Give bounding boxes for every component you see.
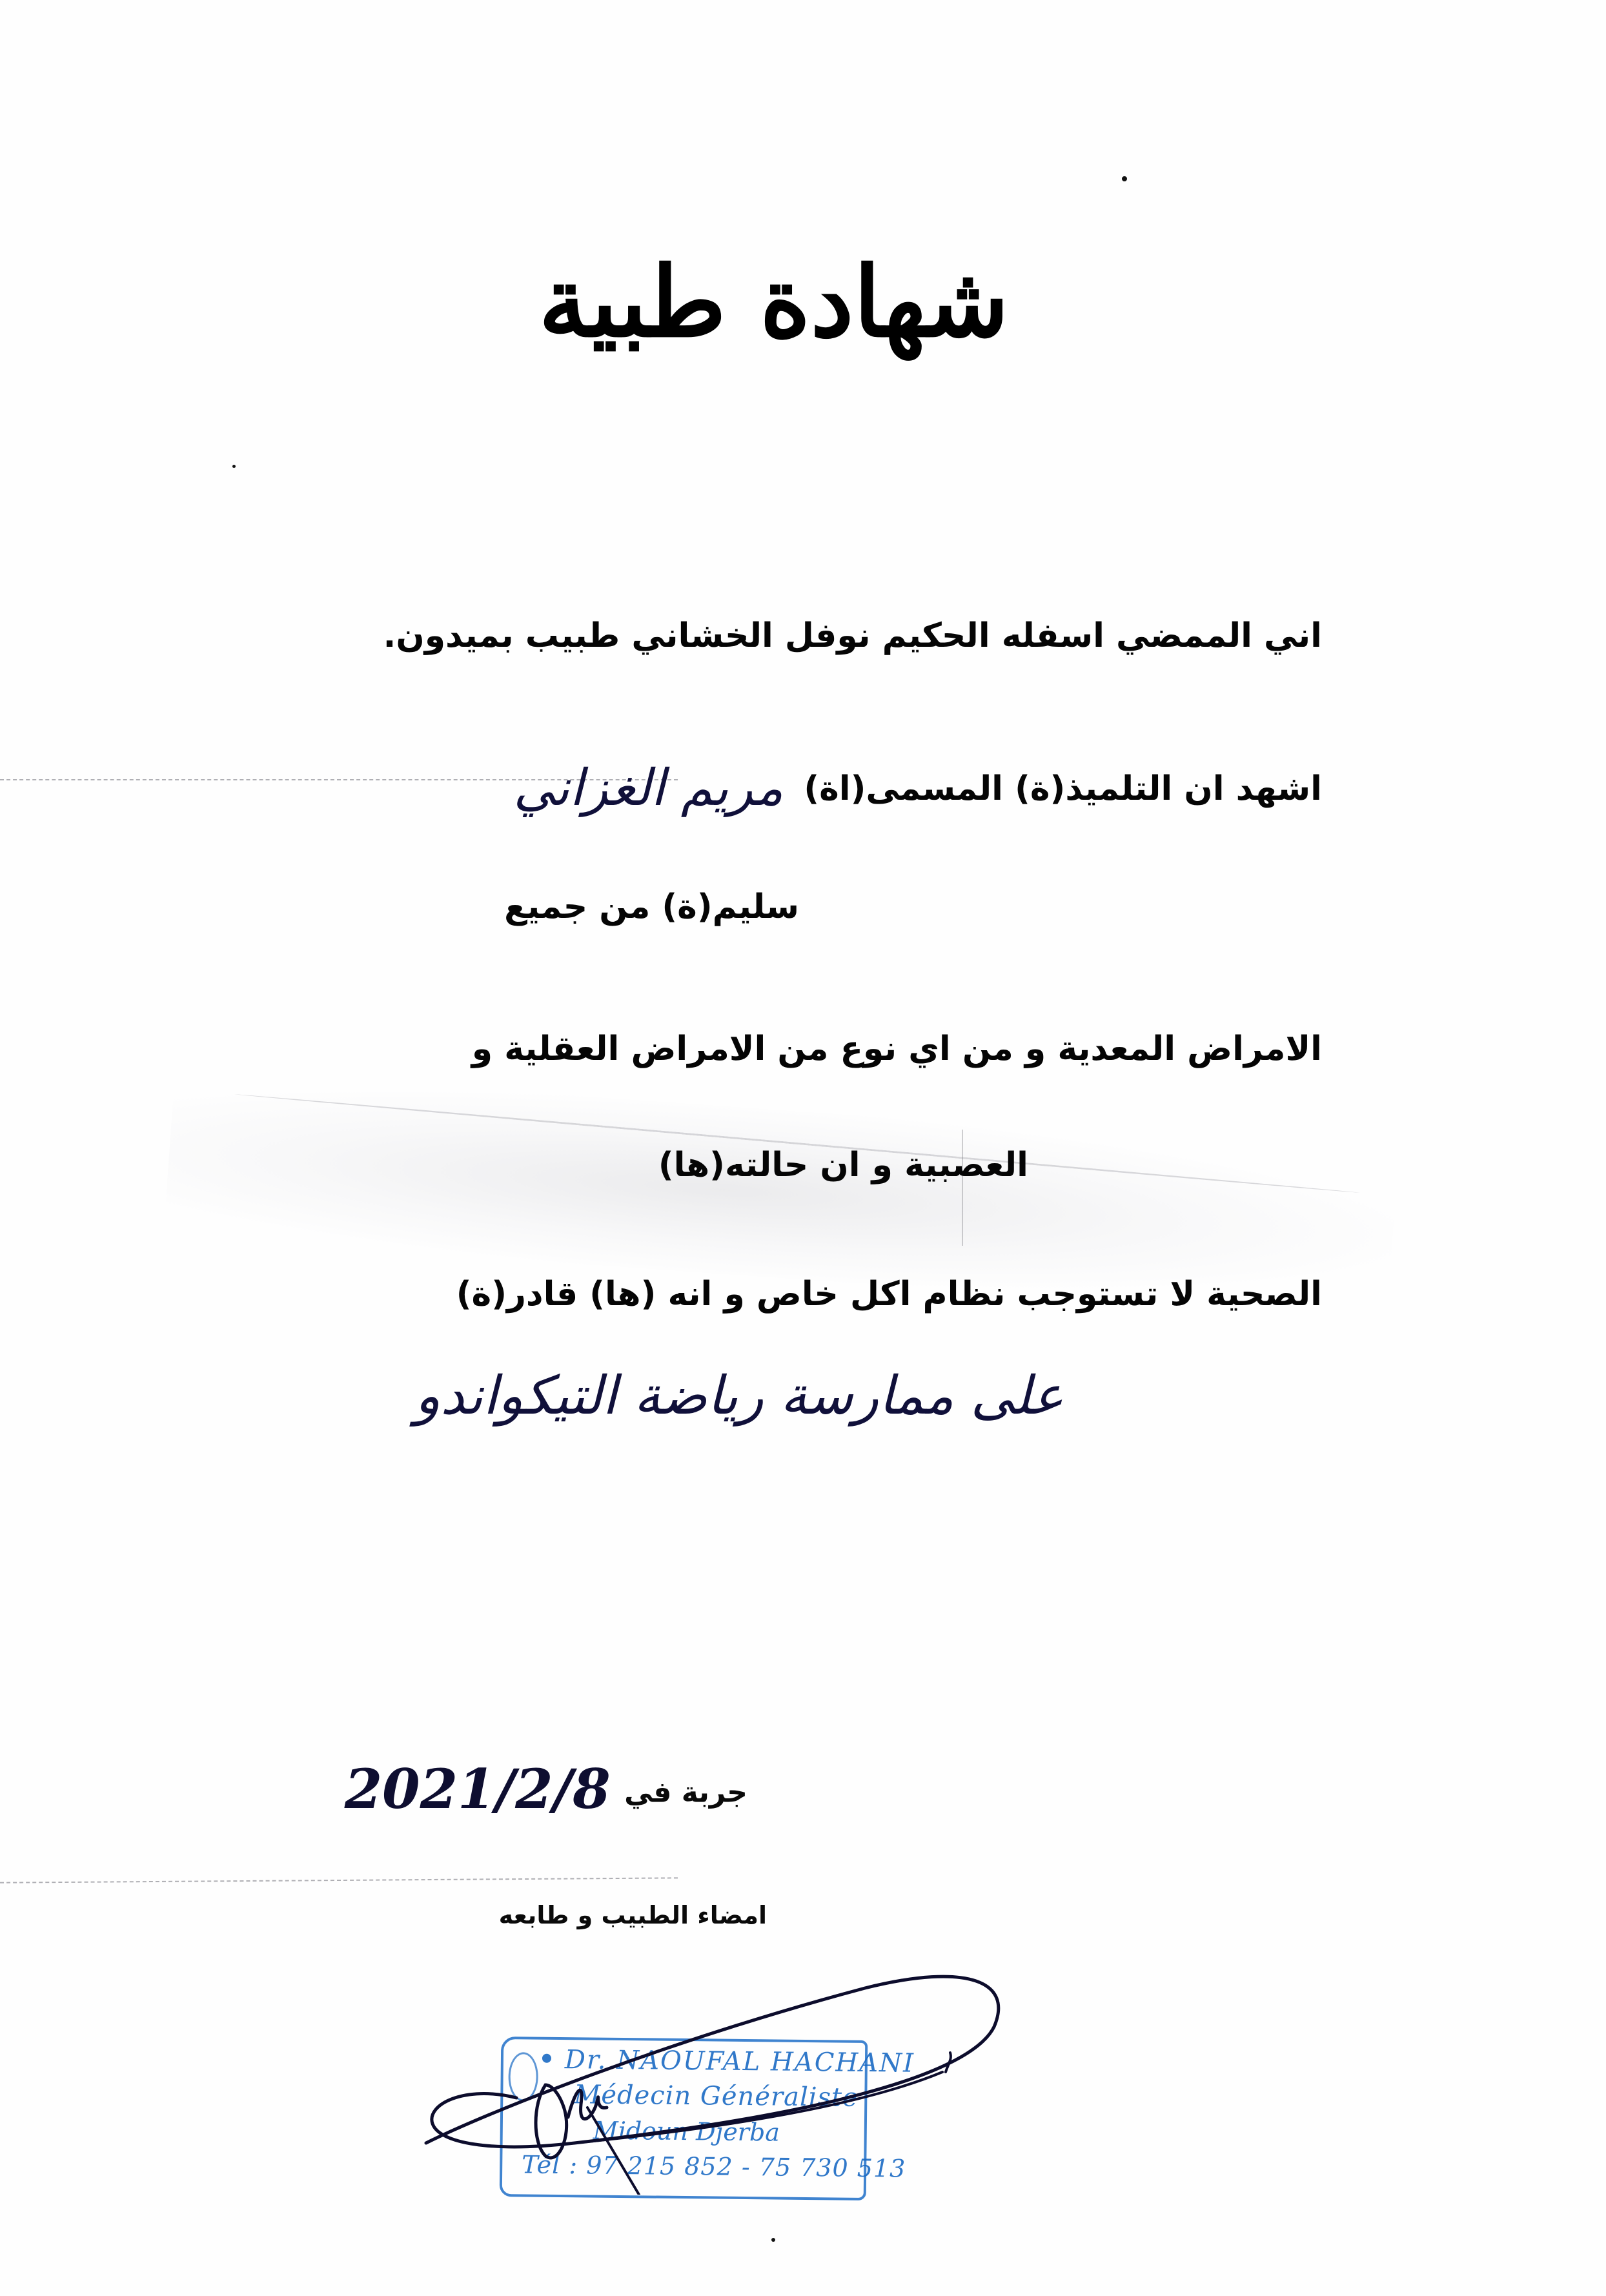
- stamp-city: Midoun Djerba: [593, 2117, 780, 2147]
- doctor-stamp: Dr. NAOUFAL HACHANI Médecin Généraliste …: [500, 2037, 868, 2200]
- handwritten-activity-line: على ممارسة رياضة التيكواندو: [415, 1365, 1064, 1427]
- ink-speck: [771, 2238, 775, 2242]
- certificate-line-doctor: اني الممضي اسفله الحكيم نوفل الخشاني طبي…: [383, 616, 1322, 655]
- stamp-bullet-icon: [542, 2054, 551, 2063]
- signature-label: امضاء الطبيب و طابعه: [499, 1901, 767, 1929]
- stamp-emblem-icon: [508, 2052, 538, 2101]
- certificate-line-healthy: سليم(ة) من جميع: [504, 888, 799, 926]
- certificate-line-diseases: الامراض المعدية و من اي نوع من الامراض ا…: [472, 1030, 1322, 1068]
- place-date-line: جربة في 2021/2/8: [345, 1762, 747, 1826]
- stamp-doctor-role: Médecin Généraliste: [574, 2080, 859, 2113]
- medical-certificate-page: شهادة طبية اني الممضي اسفله الحكيم نوفل …: [0, 0, 1606, 2296]
- handwritten-student-name: مريم الغزاني: [514, 759, 784, 817]
- ink-speck: [1122, 176, 1127, 181]
- certificate-line-nervous: العصبية و ان حالته(ها): [658, 1146, 1028, 1184]
- certificate-line-student-label: اشهد ان التلميذ(ة) المسمى(اة): [804, 769, 1322, 808]
- scanner-artifact-line: [0, 1877, 678, 1883]
- document-title: شهادة طبية: [539, 245, 1009, 359]
- ink-speck: [232, 465, 236, 468]
- place-date-label: جربة في: [624, 1776, 747, 1809]
- stamp-phone: Tél : 97 215 852 - 75 730 513: [522, 2150, 906, 2182]
- certificate-line-student: اشهد ان التلميذ(ة) المسمى(اة) مريم الغزا…: [514, 762, 1323, 820]
- stamp-doctor-name: Dr. NAOUFAL HACHANI: [565, 2045, 915, 2078]
- certificate-line-diet: الصحية لا تستوجب نظام اكل خاص و انه (ها)…: [456, 1275, 1322, 1314]
- handwritten-date: 2021/2/8: [345, 1757, 611, 1821]
